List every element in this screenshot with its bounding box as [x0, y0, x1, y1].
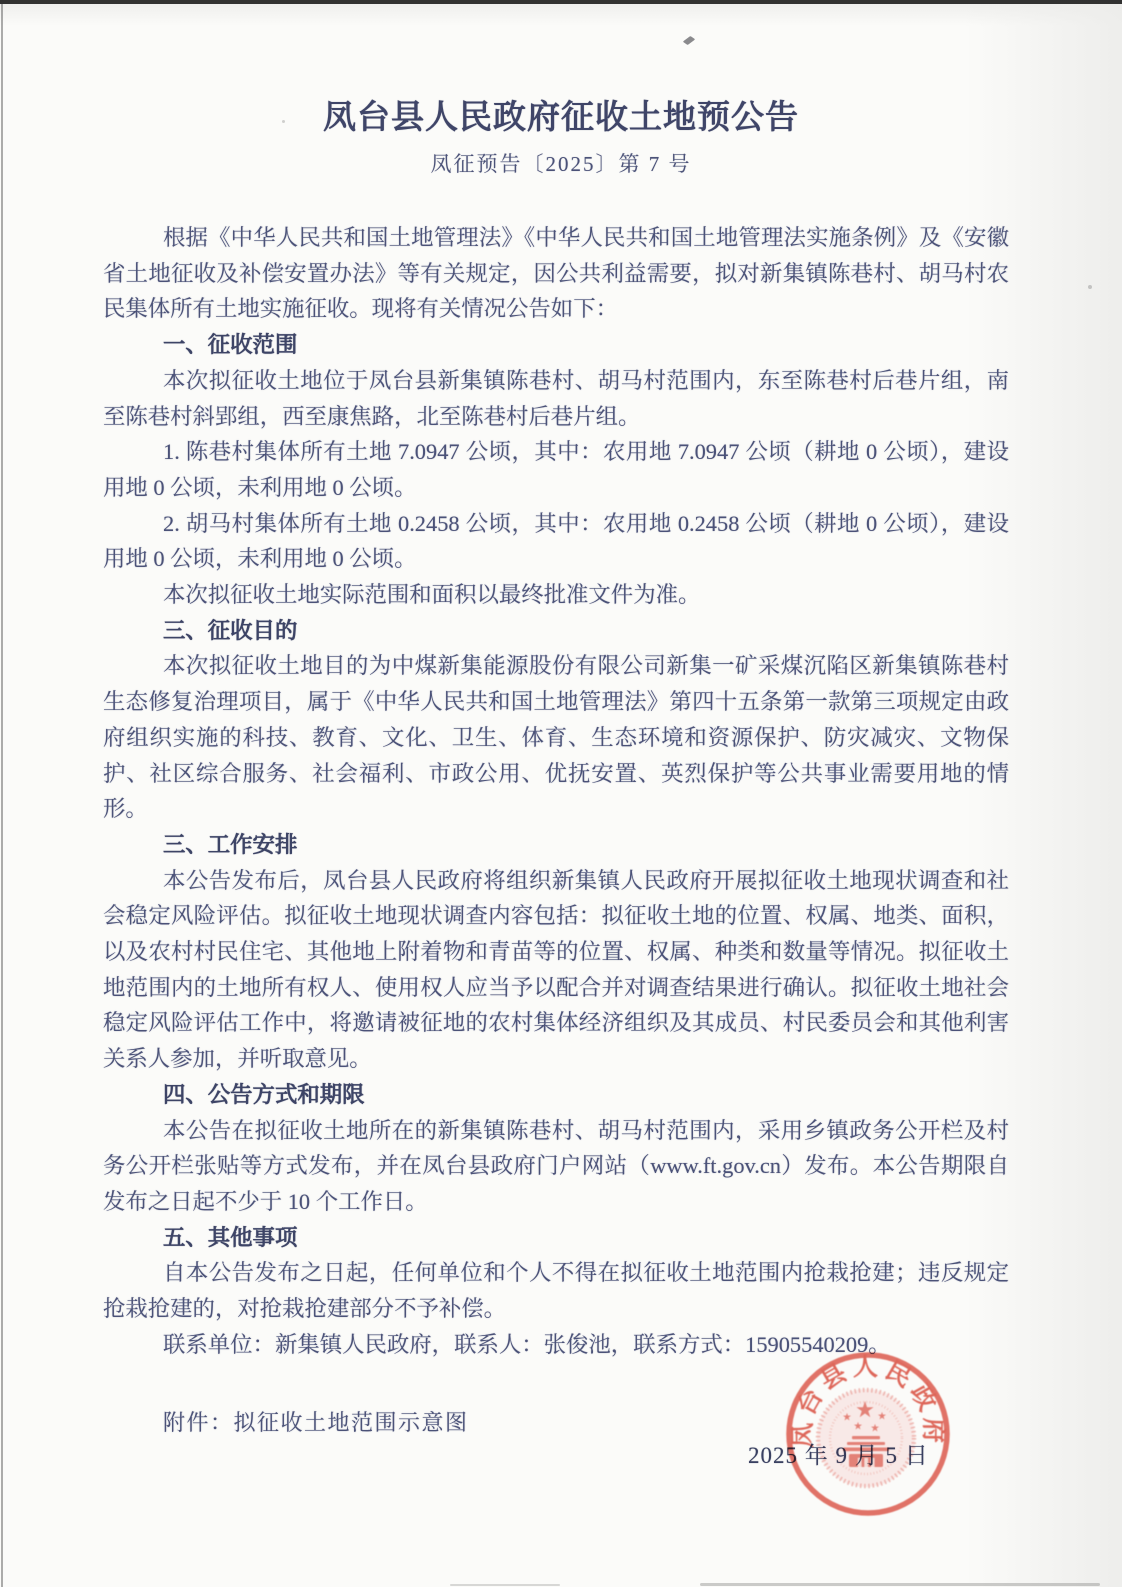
paragraph: 自本公告发布之日起，任何单位和个人不得在拟征收土地范围内抢栽抢建；违反规定抢栽抢… [103, 1255, 1009, 1326]
scan-artifact-bottom-smudge [700, 1583, 1100, 1586]
document-number: 凤征预告〔2025〕第 7 号 [0, 148, 1122, 180]
section-heading-other: 五、其他事项 [103, 1220, 1009, 1256]
scan-artifact-speck [282, 120, 285, 123]
section-heading-scope: 一、征收范围 [103, 327, 1009, 363]
scan-artifact-left-edge [1, 4, 3, 1587]
issue-date: 2025 年 9 月 5 日 [748, 1437, 958, 1470]
section-heading-notice-method: 四、公告方式和期限 [103, 1077, 1009, 1113]
paragraph: 本公告发布后，凤台县人民政府将组织新集镇人民政府开展拟征收土地现状调查和社会稳定… [103, 863, 1009, 1077]
document-page: 凤台县人民政府征收土地预公告 凤征预告〔2025〕第 7 号 根据《中华人民共和… [0, 0, 1122, 1587]
paragraph: 2. 胡马村集体所有土地 0.2458 公顷，其中：农用地 0.2458 公顷（… [103, 506, 1009, 577]
scan-artifact-speck [683, 36, 695, 45]
paragraph: 本次拟征收土地目的为中煤新集能源股份有限公司新集一矿采煤沉陷区新集镇陈巷村生态修… [103, 648, 1009, 827]
scan-artifact-top-edge [0, 0, 1122, 4]
paragraph: 1. 陈巷村集体所有土地 7.0947 公顷，其中：农用地 7.0947 公顷（… [103, 434, 1009, 505]
intro-paragraph: 根据《中华人民共和国土地管理法》《中华人民共和国土地管理法实施条例》及《安徽省土… [103, 220, 1009, 327]
paragraph: 本公告在拟征收土地所在的新集镇陈巷村、胡马村范围内，采用乡镇政务公开栏及村务公开… [103, 1113, 1009, 1220]
section-heading-work-plan: 三、工作安排 [103, 827, 1009, 863]
scan-artifact-bottom-smudge [450, 1584, 560, 1586]
official-seal: 凤台县人民政府 [782, 1346, 954, 1518]
scan-artifact-speck [1088, 285, 1092, 289]
section-heading-purpose: 三、征收目的 [103, 613, 1009, 649]
document-body: 根据《中华人民共和国土地管理法》《中华人民共和国土地管理法实施条例》及《安徽省土… [103, 220, 1009, 1363]
document-title: 凤台县人民政府征收土地预公告 [0, 96, 1122, 138]
paragraph: 本次拟征收土地位于凤台县新集镇陈巷村、胡马村范围内，东至陈巷村后巷片组，南至陈巷… [103, 363, 1009, 434]
paragraph: 本次拟征收土地实际范围和面积以最终批准文件为准。 [103, 577, 1009, 613]
